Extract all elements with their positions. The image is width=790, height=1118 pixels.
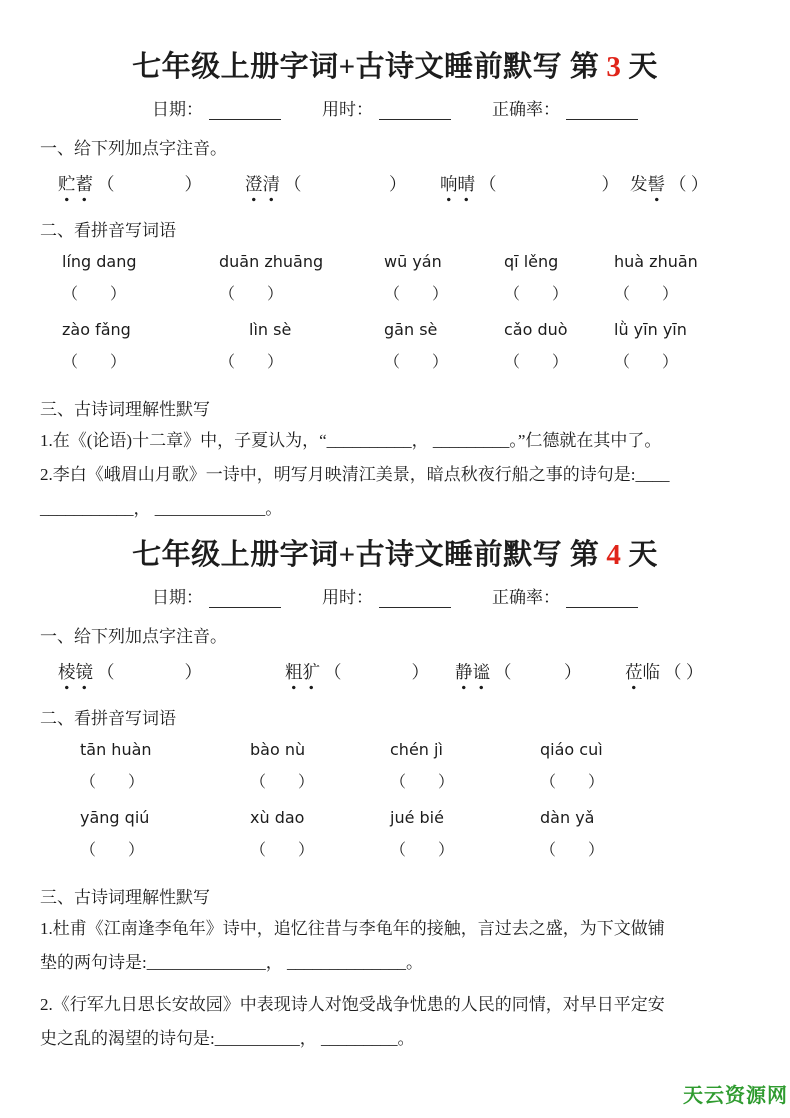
- day3-section2-heading: 二、看拼音写词语: [40, 216, 750, 241]
- answer-paren: （ ）: [219, 276, 384, 313]
- day4-worksheet: 七年级上册字词+古诗文睡前默写 第4天 日期： 用时： 正确率： 一、给下列加点…: [40, 532, 750, 1056]
- day3-question-2-line1: 2.李白《峨眉山月歌》一诗中，明写月映清江美景，暗点秋夜行船之事的诗句是:___…: [40, 458, 750, 492]
- word-item: 莅临（ ）: [625, 659, 703, 690]
- day3-title-suffix: 天: [628, 51, 658, 83]
- day3-date-field: 日期：: [152, 95, 281, 120]
- word-item: 贮蓄（ ）: [58, 171, 245, 202]
- pinyin-item: xù dao: [250, 801, 390, 832]
- pinyin-item: gān sè: [384, 313, 504, 344]
- word-item: 澄清（ ）: [245, 171, 440, 202]
- day4-pinyin-grid: tān huàn bào nù chén jì qiáo cuì （ ） （ ）…: [40, 733, 750, 869]
- day3-word-row: 贮蓄（ ） 澄清（ ） 响晴（ ） 发髻（ ）: [40, 171, 750, 202]
- answer-paren: （ ）: [614, 276, 750, 313]
- day3-title: 七年级上册字词+古诗文睡前默写 第3天: [40, 44, 750, 85]
- day3-day-number: 3: [606, 51, 621, 83]
- pinyin-item: lìn sè: [219, 313, 384, 344]
- day4-title: 七年级上册字词+古诗文睡前默写 第4天: [40, 532, 750, 573]
- accuracy-blank: [566, 101, 638, 120]
- answer-paren: （ ）: [390, 832, 540, 869]
- day4-title-suffix: 天: [628, 539, 658, 571]
- word-item: 响晴（ ）: [440, 171, 630, 202]
- answer-paren: （ ）: [390, 764, 540, 801]
- word-dotted: 粗犷: [285, 659, 320, 690]
- word-dotted: 澄清: [245, 171, 280, 202]
- pinyin-item: bào nù: [250, 733, 390, 764]
- pinyin-item: qī lěng: [504, 245, 614, 276]
- day4-day-number: 4: [606, 539, 621, 571]
- day3-section3-heading: 三、古诗词理解性默写: [40, 395, 750, 420]
- day4-meta-row: 日期： 用时： 正确率：: [152, 583, 750, 608]
- day3-question-2-line2: ___________， _____________。: [40, 492, 750, 526]
- word-dotted: 贮蓄: [58, 171, 93, 202]
- answer-paren: （ ）: [62, 344, 219, 381]
- answer-paren: （ ）: [384, 276, 504, 313]
- day4-accuracy-field: 正确率：: [492, 583, 638, 608]
- pinyin-item: líng dang: [62, 245, 219, 276]
- answer-paren: （ ）: [219, 344, 384, 381]
- day3-title-prefix: 七年级上册字词+古诗文睡前默写 第: [132, 51, 599, 83]
- day3-pinyin-grid: líng dang duān zhuāng wū yán qī lěng huà…: [40, 245, 750, 381]
- time-label: 用时：: [322, 95, 373, 120]
- pinyin-item: qiáo cuì: [540, 733, 750, 764]
- date-blank: [209, 101, 281, 120]
- day3-accuracy-field: 正确率：: [492, 95, 638, 120]
- word-item: 静谧（ ）: [455, 659, 625, 690]
- answer-paren: （ ）: [614, 344, 750, 381]
- pinyin-item: dàn yǎ: [540, 801, 750, 832]
- answer-paren: （ ）: [540, 832, 750, 869]
- date-blank: [209, 589, 281, 608]
- word-dotted: 莅: [625, 659, 643, 690]
- answer-paren: （ ）: [284, 174, 407, 194]
- day4-word-row: 棱镜（ ） 粗犷（ ） 静谧（ ） 莅临（ ）: [40, 659, 750, 690]
- answer-paren: （ ）: [669, 174, 708, 194]
- day4-question-1-line2: 垫的两句诗是:______________， ______________。: [40, 946, 750, 980]
- pinyin-item: chén jì: [390, 733, 540, 764]
- answer-paren: （ ）: [540, 764, 750, 801]
- day4-time-field: 用时：: [322, 583, 451, 608]
- pinyin-item: jué bié: [390, 801, 540, 832]
- pinyin-item: tān huàn: [80, 733, 250, 764]
- accuracy-label: 正确率：: [492, 95, 560, 120]
- answer-paren: （ ）: [250, 832, 390, 869]
- pinyin-item: duān zhuāng: [219, 245, 384, 276]
- word-item: 棱镜（ ）: [58, 659, 285, 690]
- day4-section2-heading: 二、看拼音写词语: [40, 704, 750, 729]
- answer-paren: （ ）: [250, 764, 390, 801]
- day3-meta-row: 日期： 用时： 正确率：: [152, 95, 750, 120]
- word-dotted: 静谧: [455, 659, 490, 690]
- pinyin-item: wū yán: [384, 245, 504, 276]
- answer-paren: （ ）: [62, 276, 219, 313]
- word-item: 发髻（ ）: [630, 171, 708, 202]
- pinyin-item: cǎo duò: [504, 313, 614, 344]
- date-label: 日期：: [152, 583, 203, 608]
- answer-paren: （ ）: [97, 662, 202, 682]
- worksheet-page: 七年级上册字词+古诗文睡前默写 第3天 日期： 用时： 正确率： 一、给下列加点…: [0, 0, 790, 1118]
- time-blank: [379, 101, 451, 120]
- word-dotted: 棱镜: [58, 659, 93, 690]
- day4-question-1-line1: 1.杜甫《江南逢李龟年》诗中，追忆往昔与李龟年的接触，言过去之盛，为下文做铺: [40, 912, 750, 946]
- answer-paren: （ ）: [479, 174, 619, 194]
- pinyin-item: yāng qiú: [80, 801, 250, 832]
- day4-question-2-line1: 2.《行军九日思长安故园》中表现诗人对饱受战争忧患的人民的同情，对早日平定安: [40, 988, 750, 1022]
- day3-worksheet: 七年级上册字词+古诗文睡前默写 第3天 日期： 用时： 正确率： 一、给下列加点…: [40, 44, 750, 526]
- day4-date-field: 日期：: [152, 583, 281, 608]
- watermark-text: 天云资源网: [683, 1079, 788, 1108]
- word-dotted: 髻: [648, 171, 666, 202]
- answer-paren: （ ）: [504, 344, 614, 381]
- day3-time-field: 用时：: [322, 95, 451, 120]
- time-blank: [379, 589, 451, 608]
- answer-paren: （ ）: [80, 832, 250, 869]
- answer-paren: （ ）: [80, 764, 250, 801]
- pinyin-item: zào fǎng: [62, 313, 219, 344]
- answer-paren: （ ）: [97, 174, 202, 194]
- answer-paren: （ ）: [384, 344, 504, 381]
- word-plain: 发: [630, 174, 648, 194]
- accuracy-blank: [566, 589, 638, 608]
- day4-section3-heading: 三、古诗词理解性默写: [40, 883, 750, 908]
- answer-paren: （ ）: [494, 662, 582, 682]
- date-label: 日期：: [152, 95, 203, 120]
- day3-section1-heading: 一、给下列加点字注音。: [40, 134, 750, 159]
- answer-paren: （ ）: [504, 276, 614, 313]
- accuracy-label: 正确率：: [492, 583, 560, 608]
- answer-paren: （ ）: [664, 662, 703, 682]
- pinyin-item: huà zhuān: [614, 245, 750, 276]
- word-dotted: 响晴: [440, 171, 475, 202]
- day4-title-prefix: 七年级上册字词+古诗文睡前默写 第: [132, 539, 599, 571]
- pinyin-item: lǜ yīn yīn: [614, 313, 750, 344]
- day3-question-1: 1.在《(论语)十二章》中，子夏认为，“__________， ________…: [40, 424, 750, 458]
- day4-question-2-line2: 史之乱的渴望的诗句是:__________， _________。: [40, 1022, 750, 1056]
- day4-section1-heading: 一、给下列加点字注音。: [40, 622, 750, 647]
- answer-paren: （ ）: [324, 662, 429, 682]
- word-item: 粗犷（ ）: [285, 659, 455, 690]
- time-label: 用时：: [322, 583, 373, 608]
- word-plain: 临: [643, 662, 661, 682]
